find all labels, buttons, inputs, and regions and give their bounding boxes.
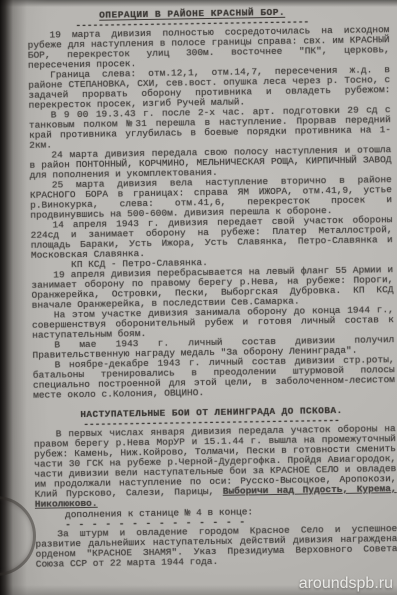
paragraph-19-march: 19 марта дивизия полностью сосредоточила… <box>27 25 390 71</box>
paragraph-november-december-training: В ноябре-декабре 1943 г. личный состав д… <box>33 355 396 401</box>
typewritten-page: ОПЕРАЦИИ В РАЙОНЕ КРАСНЫЙ БОР. ---------… <box>27 1 397 570</box>
document-photo: ОПЕРАЦИИ В РАЙОНЕ КРАСНЫЙ БОР. ---------… <box>0 0 397 595</box>
paragraph-25-march: 25 марта дивизия вела наступление вторич… <box>30 175 393 221</box>
handwritten-insertion: Выборичи над Пудость, Курема, <box>223 483 397 497</box>
paragraph-left-boundary: Граница слева: отм.12,1, отм.14,7, перес… <box>28 65 391 111</box>
stamp-mark <box>0 496 36 576</box>
paragraph-19-april: 19 апреля дивизия перебрасывается на лев… <box>31 265 394 311</box>
watermark: aroundspb.ru <box>299 575 393 593</box>
paragraph-award-red-banner: За штурм и овладение городом Красное Сел… <box>35 524 397 570</box>
paragraph-attack-19-3-43: В 9 00 19.3.43 г. после 2-х час. арт. по… <box>29 105 392 151</box>
paragraph-january-offensive: В первых числах января дивизия передала … <box>34 424 397 510</box>
paragraph-14-april: 14 апреля 1943 г. дивизия передает свой … <box>30 215 393 261</box>
